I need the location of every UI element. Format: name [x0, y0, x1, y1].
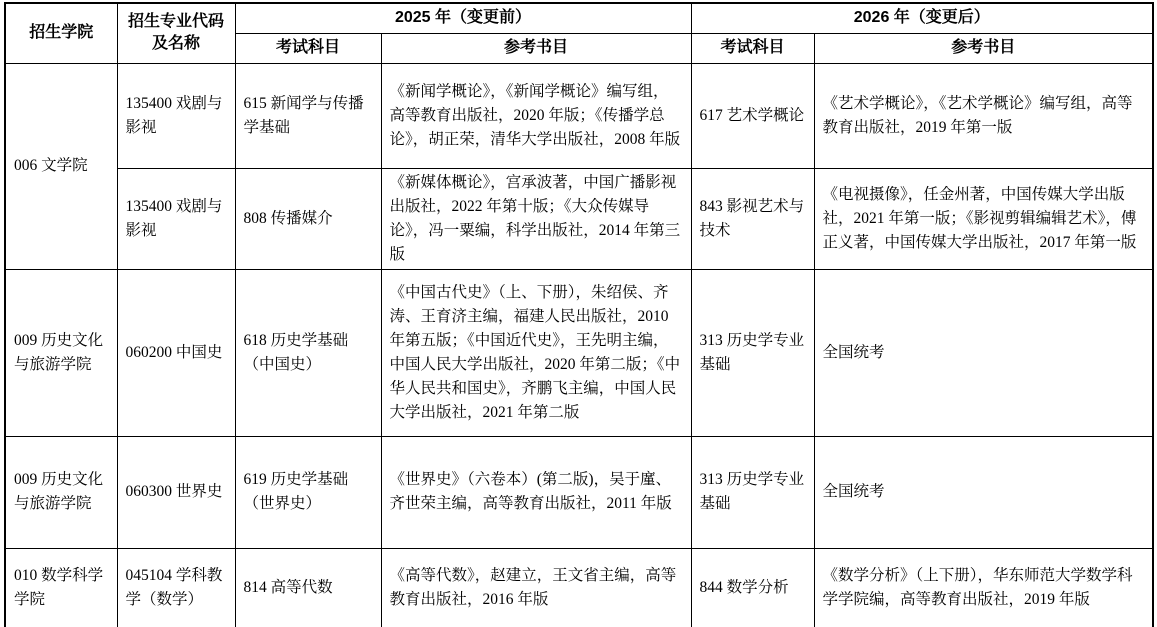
header-2025: 2025 年（变更前）: [235, 3, 691, 33]
cell-refs-2026: 《艺术学概论》，《艺术学概论》编写组，高等教育出版社，2019 年第一版: [814, 63, 1153, 168]
header-2026: 2026 年（变更后）: [691, 3, 1153, 33]
cell-refs-2025: 《高等代数》，赵建立，王文省主编，高等教育出版社，2016 年版: [381, 548, 691, 627]
cell-major: 060200 中国史: [117, 269, 235, 436]
table-row: 010 数学科学学院 045104 学科教学（数学） 814 高等代数 《高等代…: [5, 548, 1153, 627]
header-major: 招生专业代码及名称: [117, 3, 235, 63]
cell-exam-2025: 808 传播媒介: [235, 168, 381, 269]
header-college: 招生学院: [5, 3, 117, 63]
cell-exam-2026: 313 历史学专业基础: [691, 269, 814, 436]
cell-refs-2025: 《世界史》（六卷本）(第二版)，吴于廑、齐世荣主编，高等教育出版社，2011 年…: [381, 436, 691, 548]
cell-refs-2025: 《中国古代史》（上、下册），朱绍侯、齐涛、王育济主编，福建人民出版社，2010 …: [381, 269, 691, 436]
cell-refs-2025: 《新闻学概论》，《新闻学概论》编写组，高等教育出版社，2020 年版；《传播学总…: [381, 63, 691, 168]
cell-exam-2026: 313 历史学专业基础: [691, 436, 814, 548]
cell-college: 010 数学科学学院: [5, 548, 117, 627]
cell-exam-2025: 615 新闻学与传播学基础: [235, 63, 381, 168]
exam-subject-change-table: 招生学院 招生专业代码及名称 2025 年（变更前） 2026 年（变更后） 考…: [4, 2, 1154, 627]
cell-refs-2026: 全国统考: [814, 436, 1153, 548]
header-exam-2026: 考试科目: [691, 33, 814, 63]
cell-major: 045104 学科教学（数学）: [117, 548, 235, 627]
cell-college: 009 历史文化与旅游学院: [5, 436, 117, 548]
table-row: 135400 戏剧与影视 808 传播媒介 《新媒体概论》，宫承波著，中国广播影…: [5, 168, 1153, 269]
cell-exam-2026: 844 数学分析: [691, 548, 814, 627]
cell-exam-2026: 617 艺术学概论: [691, 63, 814, 168]
cell-refs-2026: 《数学分析》（上下册），华东师范大学数学科学学院编，高等教育出版社，2019 年…: [814, 548, 1153, 627]
table-row: 009 历史文化与旅游学院 060200 中国史 618 历史学基础（中国史） …: [5, 269, 1153, 436]
page-content: 招生学院 招生专业代码及名称 2025 年（变更前） 2026 年（变更后） 考…: [0, 0, 1157, 627]
cell-exam-2025: 814 高等代数: [235, 548, 381, 627]
table-row: 009 历史文化与旅游学院 060300 世界史 619 历史学基础（世界史） …: [5, 436, 1153, 548]
cell-exam-2025: 618 历史学基础（中国史）: [235, 269, 381, 436]
cell-college: 009 历史文化与旅游学院: [5, 269, 117, 436]
cell-major: 135400 戏剧与影视: [117, 168, 235, 269]
cell-refs-2026: 全国统考: [814, 269, 1153, 436]
header-exam-2025: 考试科目: [235, 33, 381, 63]
table-row: 006 文学院 135400 戏剧与影视 615 新闻学与传播学基础 《新闻学概…: [5, 63, 1153, 168]
header-refs-2026: 参考书目: [814, 33, 1153, 63]
cell-refs-2026: 《电视摄像》，任金州著，中国传媒大学出版社，2021 年第一版；《影视剪辑编辑艺…: [814, 168, 1153, 269]
header-refs-2025: 参考书目: [381, 33, 691, 63]
cell-major: 060300 世界史: [117, 436, 235, 548]
cell-major: 135400 戏剧与影视: [117, 63, 235, 168]
cell-exam-2025: 619 历史学基础（世界史）: [235, 436, 381, 548]
cell-college: 006 文学院: [5, 63, 117, 269]
cell-refs-2025: 《新媒体概论》，宫承波著，中国广播影视出版社，2022 年第十版；《大众传媒导论…: [381, 168, 691, 269]
cell-exam-2026: 843 影视艺术与技术: [691, 168, 814, 269]
